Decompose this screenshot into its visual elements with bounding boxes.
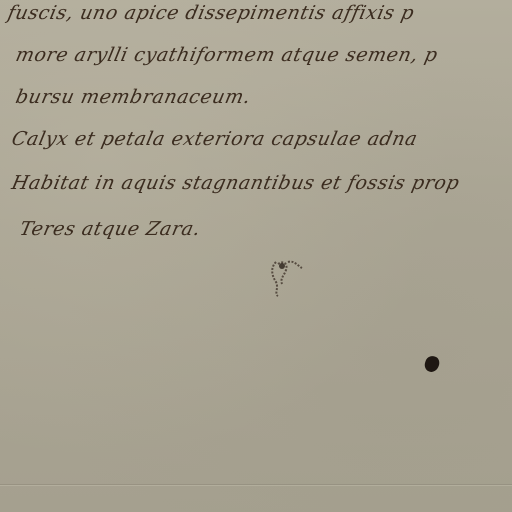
text-line-4: Calyx et petala exteriora capsulae adna xyxy=(10,128,420,150)
text-line-1: fuscis, uno apice dissepimentis affixis … xyxy=(6,2,417,24)
text-line-3: bursu membranaceum. xyxy=(14,86,253,108)
text-line-2: more arylli cyathiformem atque semen, p xyxy=(14,44,440,66)
manuscript-paper xyxy=(0,0,512,512)
text-line-6: Teres atque Zara. xyxy=(18,218,203,240)
text-line-5: Habitat in aquis stagnantibus et fossis … xyxy=(10,172,462,194)
smudged-ink-mark xyxy=(262,254,308,300)
paper-fold-line xyxy=(0,484,512,485)
